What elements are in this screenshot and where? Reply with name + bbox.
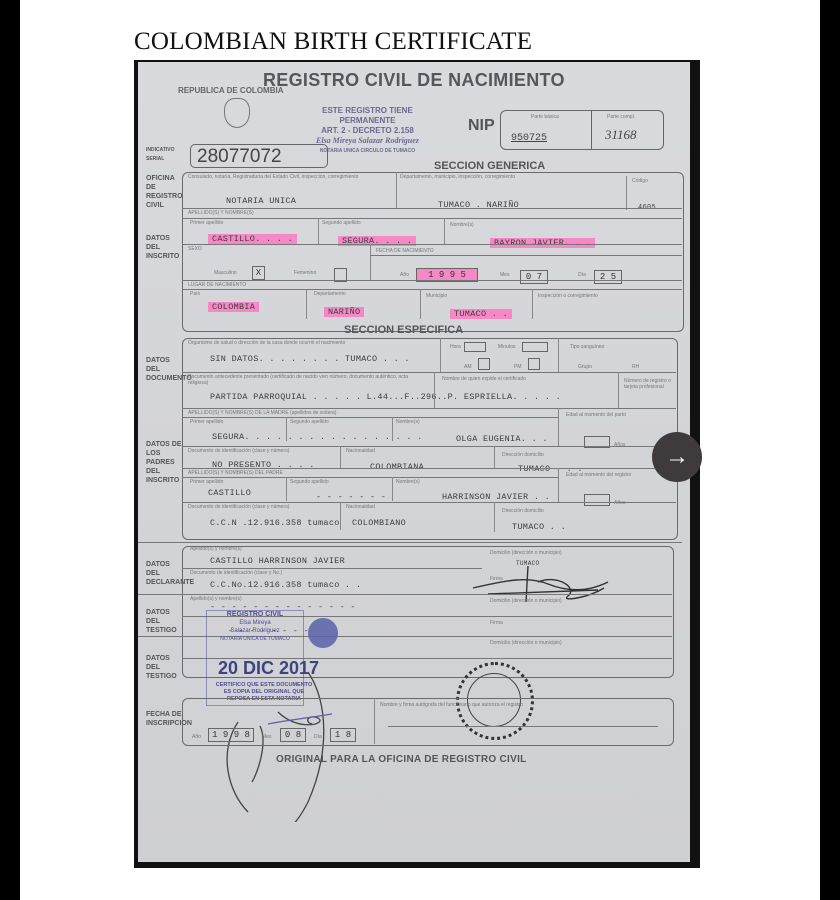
datos-inscrito-side-label: DATOS DEL INSCRITO <box>146 234 182 261</box>
indicativo-label: INDICATIVO SERIAL <box>146 146 186 164</box>
fecha-inscripcion-side-label: FECHA DE INSCRIPCION <box>146 710 182 728</box>
padre-documento: C.C.N .12.916.358 tumaco <box>210 518 340 528</box>
masculino-checkbox: X <box>252 266 265 280</box>
pais-value: COLOMBIA <box>208 302 259 312</box>
departamento-value: NARIÑO <box>324 307 364 317</box>
nombres-value: BAYRON JAVIER. . . <box>490 238 595 248</box>
municipio-value: TUMACO . . <box>450 309 512 319</box>
datos-padres-side-label: DATOS DE LOS PADRES DEL INSCRITO <box>146 440 182 485</box>
coat-of-arms-icon <box>224 98 250 128</box>
nip-label: NIP <box>468 117 495 135</box>
testigo1-side-label: DATOS DEL TESTIGO <box>146 608 182 635</box>
nip-parte-compl: 31168 <box>605 127 637 143</box>
page-canvas: COLOMBIAN BIRTH CERTIFICATE REGISTRO CIV… <box>20 0 820 900</box>
inscripcion-dia: 1 8 <box>330 728 356 742</box>
padre-primer-apellido: CASTILLO <box>208 488 251 498</box>
inscripcion-mes: 0 8 <box>280 728 306 742</box>
testigo2-side-label: DATOS DEL TESTIGO <box>146 654 182 681</box>
dia-nacimiento: 2 5 <box>594 270 622 284</box>
declarante-side-label: DATOS DEL DECLARANTE <box>146 560 182 587</box>
padre-segundo-apellido: - - - - - - - <box>316 492 386 502</box>
certificate-paper: REGISTRO CIVIL DE NACIMIENTO REPUBLICA D… <box>138 62 690 862</box>
primer-apellido-value: CASTILLO. . . . <box>208 234 297 244</box>
oficina-value: NOTARIA UNICA <box>226 196 296 206</box>
mes-nacimiento: 0 7 <box>520 270 548 284</box>
nip-box: Parte básica950725 Parte compl.31168 <box>500 110 664 150</box>
padre-nombres: HARRINSON JAVIER . . <box>442 492 550 502</box>
header-stamp: ESTE REGISTRO TIENE PERMANENTE ART. 2 - … <box>316 106 419 156</box>
country-label: REPUBLICA DE COLOMBIA <box>178 86 283 95</box>
madre-primer-apellido: SEGURA. . . . . . . . . . . . . . . . . <box>212 432 423 442</box>
certificate-photo: REGISTRO CIVIL DE NACIMIENTO REPUBLICA D… <box>134 60 700 868</box>
form-title: REGISTRO CIVIL DE NACIMIENTO <box>263 70 565 91</box>
datos-documento-side-label: DATOS DEL DOCUMENTO <box>146 356 182 383</box>
madre-nombres: OLGA EUGENIA. . . <box>456 434 548 444</box>
page-title: COLOMBIAN BIRTH CERTIFICATE <box>134 28 532 56</box>
madre-nacionalidad: COLOMBIANA <box>370 462 424 472</box>
declarante-documento: C.C.No.12.916.358 tumaco . . <box>210 580 361 590</box>
organismo-value: SIN DATOS. . . . . . . . TUMACO . . . <box>210 354 410 364</box>
declarante-nombre: CASTILLO HARRINSON JAVIER <box>210 556 345 566</box>
edad-padre-box <box>584 494 610 506</box>
inscripcion-anio: 1 9 9 8 <box>208 728 254 742</box>
padre-domicilio: TUMACO . . <box>512 522 566 532</box>
padre-nacionalidad: COLOMBIANO <box>352 518 406 528</box>
nip-parte-basica: 950725 <box>511 133 547 144</box>
footer-text: ORIGINAL PARA LA OFICINA DE REGISTRO CIV… <box>276 754 527 765</box>
oficina-side-label: OFICINA DE REGISTRO CIVIL <box>146 174 182 210</box>
arrow-right-icon: → <box>665 443 689 471</box>
section-generica: SECCION GENERICA <box>434 160 545 172</box>
indicativo-serial: 28077072 <box>190 144 328 168</box>
notary-round-stamp-icon <box>308 618 338 648</box>
section-especifica: SECCION ESPECIFICA <box>344 324 463 336</box>
documento-antecedente-value: PARTIDA PARROQUIAL . . . . . L.44...F..2… <box>210 392 561 402</box>
next-arrow-button[interactable]: → <box>652 432 702 482</box>
